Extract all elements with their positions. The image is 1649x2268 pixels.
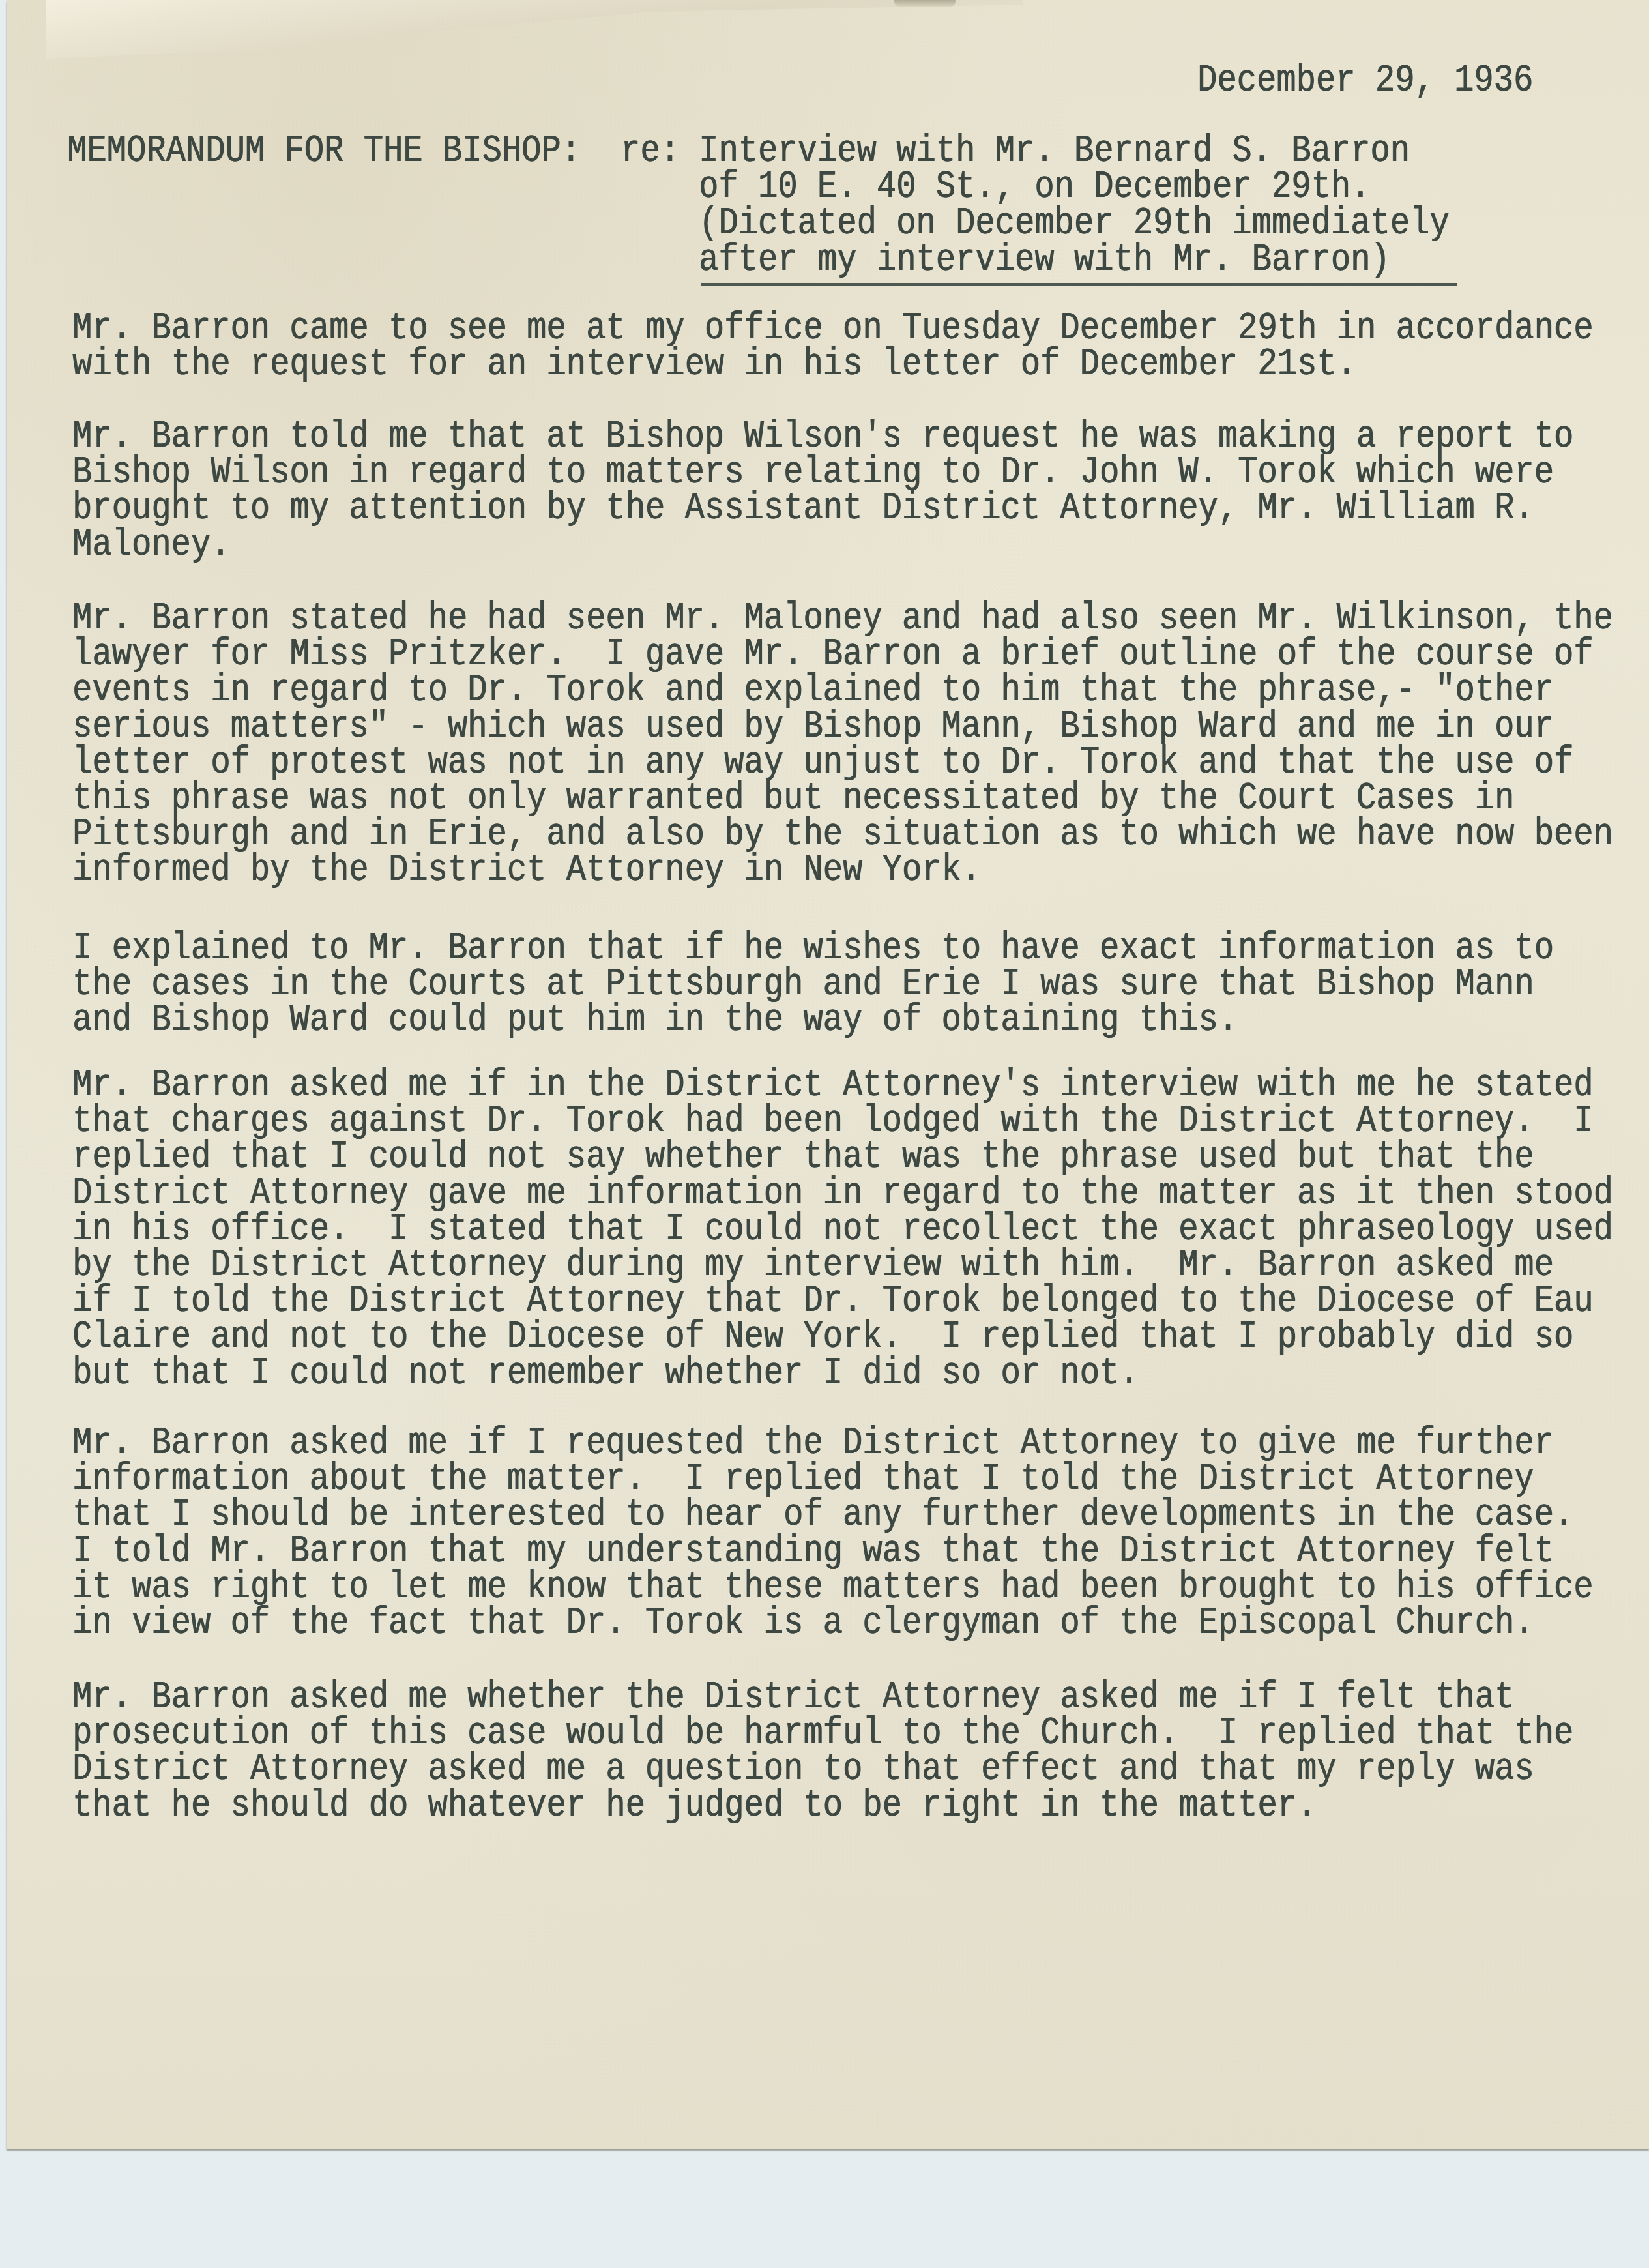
staple-mark-icon [894, 0, 956, 7]
memo-addressee: MEMORANDUM FOR THE BISHOP: [67, 132, 581, 171]
memo-paragraph-5: Mr. Barron asked me if in the District A… [72, 1068, 1613, 1392]
memo-subject-line-4: after my interview with Mr. Barron) [699, 241, 1390, 280]
memo-paragraph-6: Mr. Barron asked me if I requested the D… [72, 1426, 1593, 1642]
paragraph-line: in view of the fact that Dr. Torok is a … [72, 1602, 1593, 1645]
memo-re-label: re: [620, 132, 680, 171]
paragraph-line: Maloney. [72, 524, 1573, 567]
memo-paragraph-1: Mr. Barron came to see me at my office o… [72, 311, 1593, 383]
paragraph-line: that he should do whatever he judged to … [72, 1785, 1573, 1827]
torn-paper-corner [46, 0, 1023, 59]
memo-paragraph-2: Mr. Barron told me that at Bishop Wilson… [72, 419, 1573, 563]
memo-paragraph-4: I explained to Mr. Barron that if he wis… [72, 931, 1554, 1039]
memo-paragraph-3: Mr. Barron stated he had seen Mr. Malone… [72, 601, 1613, 889]
subject-underline [701, 283, 1457, 286]
memo-paragraph-7: Mr. Barron asked me whether the District… [72, 1680, 1573, 1824]
paragraph-line: but that I could not remember whether I … [72, 1353, 1613, 1395]
paragraph-line: informed by the District Attorney in New… [72, 849, 1613, 892]
memo-paper-sheet: December 29, 1936 MEMORANDUM FOR THE BIS… [7, 0, 1649, 2149]
memo-date: December 29, 1936 [1197, 62, 1533, 101]
paragraph-line: with the request for an interview in his… [72, 344, 1593, 386]
paragraph-line: and Bishop Ward could put him in the way… [72, 999, 1554, 1042]
